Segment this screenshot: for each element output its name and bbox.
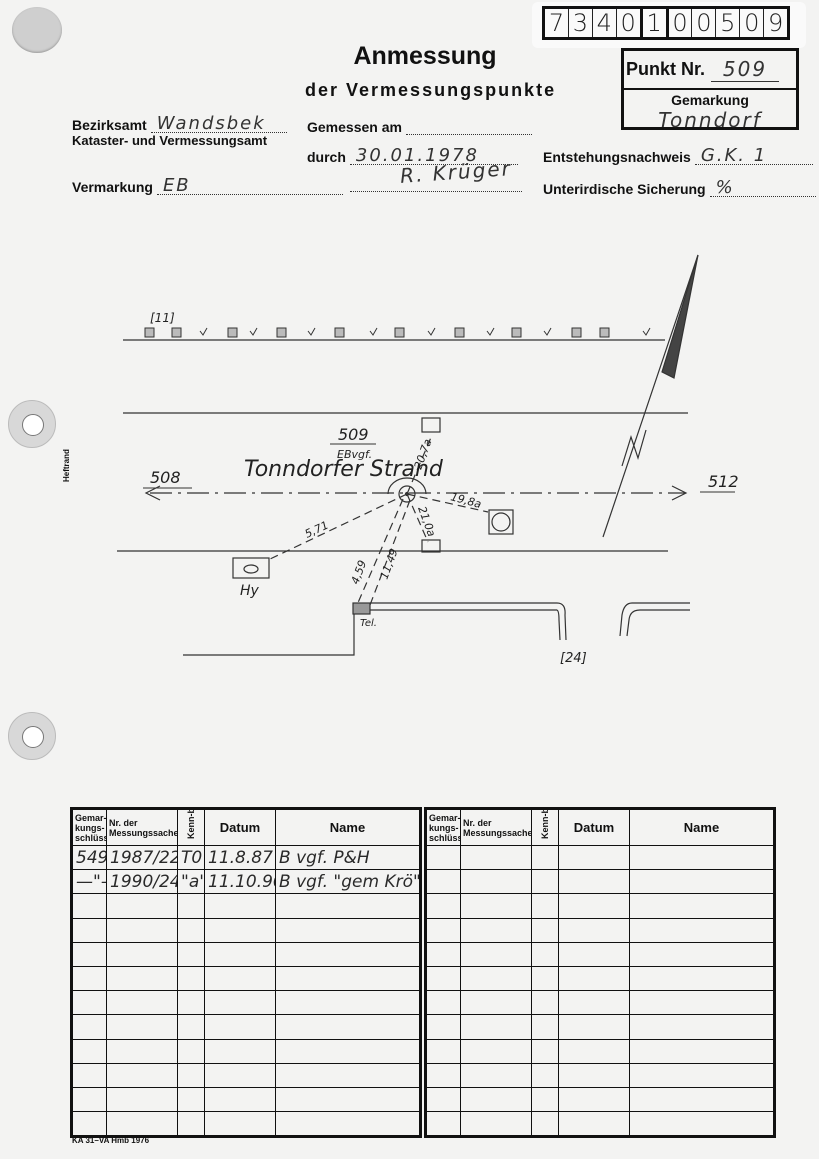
table-cell[interactable] — [532, 1087, 559, 1111]
table-cell[interactable] — [630, 1039, 775, 1063]
table-cell[interactable] — [426, 942, 461, 966]
column-header: Gemar-​kungs-​schlüssel — [72, 809, 107, 846]
table-cell[interactable] — [107, 942, 178, 966]
table-row — [72, 1087, 421, 1111]
table-cell[interactable]: T0 — [178, 846, 205, 870]
column-header: Kenn-buchst. — [178, 809, 205, 846]
table-cell[interactable] — [178, 991, 205, 1015]
right-pt-label: 512 — [708, 472, 739, 491]
table-cell[interactable] — [461, 991, 532, 1015]
table-cell[interactable] — [630, 991, 775, 1015]
column-header: Name — [276, 809, 421, 846]
table-row — [72, 1015, 421, 1039]
table-row — [72, 918, 421, 942]
table-cell[interactable]: 11.10.90 — [205, 870, 276, 894]
table-row — [426, 870, 775, 894]
check-mark-icon — [487, 328, 494, 335]
table-row — [426, 942, 775, 966]
table-cell[interactable] — [559, 1087, 630, 1111]
table-cell[interactable] — [178, 894, 205, 918]
table-cell[interactable] — [461, 1015, 532, 1039]
hydrant-icon — [233, 558, 269, 578]
table-row — [72, 991, 421, 1015]
table-cell[interactable] — [426, 1015, 461, 1039]
table-cell[interactable] — [461, 942, 532, 966]
table-row: —"—1990/24"a"11.10.90B vgf. "gem Krö" — [72, 870, 421, 894]
table-cell[interactable] — [178, 942, 205, 966]
table-cell[interactable] — [532, 942, 559, 966]
table-cell[interactable] — [276, 991, 421, 1015]
table-cell[interactable] — [72, 1039, 107, 1063]
table-cell[interactable] — [426, 918, 461, 942]
table-cell[interactable] — [205, 1015, 276, 1039]
table-cell[interactable] — [461, 1039, 532, 1063]
table-row: 5491987/22T011.8.87B vgf. P&H — [72, 846, 421, 870]
table-cell[interactable] — [426, 1039, 461, 1063]
table-cell[interactable] — [107, 1087, 178, 1111]
pt-lbl-label: 509 — [338, 425, 369, 444]
table-cell[interactable] — [426, 1087, 461, 1111]
table-cell[interactable] — [205, 991, 276, 1015]
survey-sketch: [11] 509 EBvgf. Tonndorfer Strand 508 51… — [0, 0, 819, 800]
table-cell[interactable] — [107, 918, 178, 942]
table-cell[interactable] — [461, 1087, 532, 1111]
table-row — [72, 942, 421, 966]
table-cell[interactable] — [276, 1063, 421, 1087]
table-cell[interactable] — [276, 1087, 421, 1111]
table-cell[interactable] — [107, 1112, 178, 1137]
fence-post-icon — [145, 328, 154, 337]
check-mark-icon — [544, 328, 551, 335]
table-cell[interactable] — [107, 1063, 178, 1087]
table-cell[interactable] — [276, 942, 421, 966]
table-row — [426, 1015, 775, 1039]
table-cell[interactable] — [532, 1015, 559, 1039]
table-cell[interactable] — [532, 1112, 559, 1137]
table-cell[interactable] — [559, 991, 630, 1015]
table-cell[interactable] — [205, 918, 276, 942]
table-cell[interactable] — [178, 1087, 205, 1111]
table-cell[interactable] — [630, 846, 775, 870]
lamp-post-icon — [422, 418, 440, 432]
table-cell[interactable] — [461, 870, 532, 894]
svg-text:11,49: 11,49 — [378, 547, 401, 581]
table-cell[interactable] — [178, 966, 205, 990]
table-cell[interactable] — [178, 1112, 205, 1137]
table-row — [426, 1039, 775, 1063]
table-cell[interactable] — [559, 1039, 630, 1063]
table-cell[interactable] — [426, 846, 461, 870]
check-mark-icon — [250, 328, 257, 335]
table-cell[interactable] — [532, 991, 559, 1015]
table-cell[interactable] — [72, 1015, 107, 1039]
table-cell[interactable] — [532, 870, 559, 894]
table-cell[interactable] — [178, 1039, 205, 1063]
fence-post-icon — [228, 328, 237, 337]
table-cell[interactable] — [532, 918, 559, 942]
table-cell[interactable] — [205, 1039, 276, 1063]
column-header: Name — [630, 809, 775, 846]
table-cell[interactable] — [630, 1015, 775, 1039]
fence-post-icon — [335, 328, 344, 337]
table-cell[interactable] — [72, 1087, 107, 1111]
column-header: Datum — [559, 809, 630, 846]
table-cell[interactable] — [276, 1039, 421, 1063]
fence-line-bottom — [183, 614, 354, 655]
hy-label: Hy — [240, 583, 260, 599]
table-row — [426, 1063, 775, 1087]
check-mark-icon — [200, 328, 207, 335]
table-cell[interactable]: B vgf. P&H — [276, 846, 421, 870]
table-cell[interactable] — [559, 870, 630, 894]
table-cell[interactable] — [276, 894, 421, 918]
table-cell[interactable] — [630, 1087, 775, 1111]
table-cell[interactable] — [107, 966, 178, 990]
north-arrow-head — [662, 255, 698, 378]
table-cell[interactable] — [559, 966, 630, 990]
table-cell[interactable] — [107, 894, 178, 918]
table-cell[interactable] — [559, 1112, 630, 1137]
column-header: Datum — [205, 809, 276, 846]
fence-post-icon — [172, 328, 181, 337]
table-cell[interactable] — [630, 870, 775, 894]
svg-text:5,71: 5,71 — [303, 519, 331, 541]
table-row — [72, 1063, 421, 1087]
table-cell[interactable] — [72, 918, 107, 942]
check-mark-icon — [308, 328, 315, 335]
table-cell[interactable] — [72, 991, 107, 1015]
table-cell[interactable] — [426, 966, 461, 990]
table-cell[interactable] — [72, 894, 107, 918]
table-cell[interactable] — [205, 942, 276, 966]
table-cell[interactable] — [532, 846, 559, 870]
table-cell[interactable] — [276, 1112, 421, 1137]
table-cell[interactable] — [276, 1015, 421, 1039]
table-cell[interactable] — [461, 894, 532, 918]
check-mark-icon — [428, 328, 435, 335]
table-cell[interactable] — [72, 1112, 107, 1137]
svg-text:4,59: 4,59 — [349, 559, 370, 586]
table-row — [72, 1039, 421, 1063]
table-cell[interactable] — [426, 1063, 461, 1087]
table-row — [426, 1087, 775, 1111]
table-cell[interactable] — [461, 1063, 532, 1087]
table-cell[interactable]: 11.8.87 — [205, 846, 276, 870]
table-row — [426, 991, 775, 1015]
table-cell[interactable] — [461, 846, 532, 870]
table-cell[interactable] — [532, 966, 559, 990]
table-cell[interactable] — [426, 1112, 461, 1137]
column-header: Gemar-​kungs-​schlüssel — [426, 809, 461, 846]
table-cell[interactable] — [72, 966, 107, 990]
table-row — [426, 846, 775, 870]
table-cell[interactable] — [426, 870, 461, 894]
table-cell[interactable] — [630, 918, 775, 942]
fence-post-icon — [600, 328, 609, 337]
table-cell[interactable] — [532, 1063, 559, 1087]
table-cell[interactable] — [205, 966, 276, 990]
column-header: Nr. der Messungssache — [461, 809, 532, 846]
left-pt-label: 508 — [150, 468, 181, 487]
table-cell[interactable] — [72, 1063, 107, 1087]
tel-label: Tel. — [360, 618, 377, 629]
fence-post-icon — [277, 328, 286, 337]
table-cell[interactable]: 549 — [72, 846, 107, 870]
table-cell[interactable] — [276, 918, 421, 942]
table-cell[interactable]: 1987/22 — [107, 846, 178, 870]
table-cell[interactable] — [532, 1039, 559, 1063]
measurements-table-right: Gemar-​kungs-​schlüsselNr. der Messungss… — [424, 807, 776, 1138]
column-header: Nr. der Messungssache — [107, 809, 178, 846]
check-mark-icon — [370, 328, 377, 335]
table-cell[interactable]: "a" — [178, 870, 205, 894]
table-cell[interactable] — [630, 894, 775, 918]
table-row — [72, 966, 421, 990]
form-footer: KA 31–VA Hmb 1976 — [72, 1136, 149, 1145]
fence-post-icon — [572, 328, 581, 337]
table-cell[interactable] — [107, 1039, 178, 1063]
table-cell[interactable] — [178, 1015, 205, 1039]
table-cell[interactable] — [426, 991, 461, 1015]
lamp-post-icon — [422, 540, 440, 552]
table-cell[interactable] — [461, 918, 532, 942]
table-cell[interactable] — [72, 942, 107, 966]
check-mark-icon — [643, 328, 650, 335]
table-cell[interactable] — [559, 942, 630, 966]
table-cell[interactable] — [461, 966, 532, 990]
table-cell[interactable] — [107, 1015, 178, 1039]
table-cell[interactable] — [630, 942, 775, 966]
table-row — [426, 1112, 775, 1137]
table-cell[interactable] — [630, 966, 775, 990]
table-row — [72, 894, 421, 918]
table-cell[interactable] — [178, 918, 205, 942]
table-cell[interactable] — [461, 1112, 532, 1137]
table-cell[interactable] — [205, 1063, 276, 1087]
table-cell[interactable] — [178, 1063, 205, 1087]
table-cell[interactable] — [426, 894, 461, 918]
table-cell[interactable] — [630, 1112, 775, 1137]
fence-post-icon — [455, 328, 464, 337]
table-cell[interactable] — [205, 1087, 276, 1111]
table-cell[interactable] — [559, 918, 630, 942]
table-cell[interactable]: B vgf. "gem Krö" — [276, 870, 421, 894]
table-cell[interactable]: 1990/24 — [107, 870, 178, 894]
column-header: Kenn-buchst. — [532, 809, 559, 846]
table-cell[interactable] — [276, 966, 421, 990]
parcel-label-top: [11] — [150, 311, 175, 325]
table-cell[interactable] — [559, 894, 630, 918]
fence-post-icon — [512, 328, 521, 337]
svg-text:19,8a: 19,8a — [449, 490, 483, 511]
table-cell[interactable] — [532, 894, 559, 918]
table-row — [426, 918, 775, 942]
parcel-bottom-label: [24] — [560, 651, 587, 666]
table-row — [426, 966, 775, 990]
measurements-table-left: Gemar-​kungs-​schlüsselNr. der Messungss… — [70, 807, 422, 1138]
table-row — [426, 894, 775, 918]
table-cell[interactable] — [205, 1112, 276, 1137]
table-cell[interactable] — [559, 1063, 630, 1087]
table-cell[interactable]: —"— — [72, 870, 107, 894]
telephone-box-icon — [353, 603, 370, 614]
table-cell[interactable] — [107, 991, 178, 1015]
table-cell[interactable] — [559, 846, 630, 870]
fence-post-icon — [395, 328, 404, 337]
north-letter-icon — [622, 430, 646, 466]
table-cell[interactable] — [630, 1063, 775, 1087]
table-cell[interactable] — [559, 1015, 630, 1039]
table-row — [72, 1112, 421, 1137]
table-cell[interactable] — [205, 894, 276, 918]
